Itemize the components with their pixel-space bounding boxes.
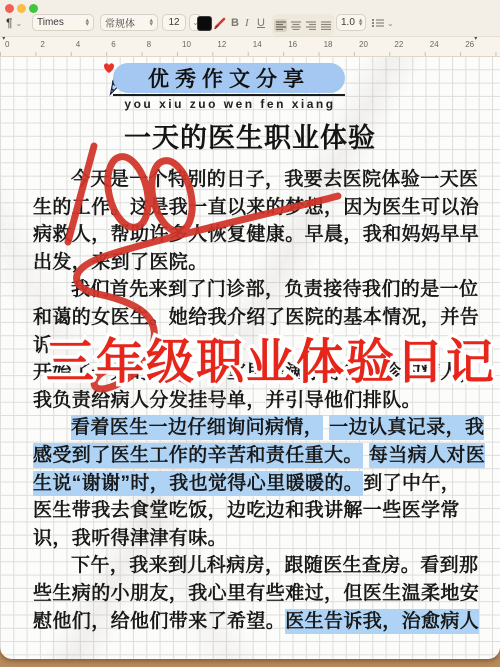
font-style-select[interactable]: 常规体 ▴▾ [100,14,158,31]
ruler-tick-label: 20 [359,40,368,49]
italic-button[interactable]: I [245,14,257,32]
list-icon [372,18,384,28]
list-style-dropdown[interactable]: ⌄ [372,14,394,32]
text-segment: 些生病的小朋友，我心里有些难过，但医生温柔地安 [33,583,479,604]
paragraph-style-dropdown[interactable]: ¶ ⌄ [6,14,22,32]
align-left-button[interactable] [274,19,287,32]
text-line: 生的工作。这是我一直以来的梦想，因为医生可以治 [33,194,471,222]
text-line: 我负责给病人分发挂号单，并引导他们排队。 [33,387,471,415]
underline-button[interactable]: U [257,14,269,32]
chevron-down-icon: ⌄ [15,19,22,28]
text-segment: 下午，我来到儿科病房，跟随医生查房。看到那 [71,555,478,576]
font-style-value: 常规体 [105,15,135,30]
highlight-pen-button[interactable] [213,14,227,32]
minimize-window-button[interactable] [17,4,26,13]
text-line: 出发，来到了医院。 [33,249,471,277]
ruler-tick-label: 2 [40,40,44,49]
text-segment: 慰他们，给他们带来了希望。 [33,611,285,632]
align-justify-icon [321,21,331,30]
align-right-button[interactable] [304,19,317,32]
ruler-tick-label: 16 [288,40,297,49]
highlighted-text-segment: 一边认真记录，我 [329,415,484,440]
text-line: 看着医生一边仔细询问病情，一边认真记录，我 [33,414,471,442]
color-swatch-icon [197,16,212,31]
highlighted-text-segment: 每当病人对医 [369,443,485,468]
text-line: 下午，我来到儿科病房，跟随医生查房。看到那 [33,552,471,580]
text-line: 我们首先来到了门诊部，负责接待我们的是一位 [33,276,471,304]
bold-label: B [231,17,239,29]
line-spacing-value: 1.0 [341,17,355,28]
align-right-icon [306,21,316,30]
highlighted-text-segment: 看着医生一边仔细询问病情， [71,415,323,440]
text-segment: 诉 [33,332,52,360]
text-segment: 医生带我去食堂吃饭，边吃边和我讲解一些医学常 [33,500,460,521]
badge-pill: 优秀作文分享 [113,63,345,93]
ruler-tick-label: 12 [217,40,226,49]
ruler-tick-label: 22 [394,40,403,49]
text-line: 些生病的小朋友，我心里有些难过，但医生温柔地安 [33,580,471,608]
line-spacing-select[interactable]: 1.0 ▴▾ [336,14,366,31]
font-family-select[interactable]: Times ▴▾ [32,14,94,31]
screenshot-root: { "colors": { "highlight_blue": "#aed3f4… [0,0,500,667]
stepper-icon: ▴▾ [85,19,89,27]
text-line: 病救人，帮助许多人恢复健康。早晨，我和妈妈早早 [33,221,471,249]
essay-title: 一天的医生职业体验 [0,116,500,155]
stepper-icon: ▴▾ [149,19,153,27]
text-line: 开始了一天的体验。诊室里坐满了等待就诊的病人， [33,359,471,387]
divider [113,94,345,96]
align-justify-button[interactable] [319,19,332,32]
text-line: 识，我听得津津有味。 [33,525,471,553]
close-window-button[interactable] [5,4,14,13]
ruler-tick-label: 18 [324,40,333,49]
highlighted-text-segment: 感受到了医生工作的辛苦和责任重大。 [33,443,363,468]
chevron-down-icon: ⌄ [387,19,394,28]
align-center-icon [291,21,301,30]
alignment-group [272,14,334,36]
document-text-area[interactable]: 今天是一个特别的日子，我要去医院体验一天医生的工作。这是我一直以来的梦想，因为医… [33,166,471,635]
toolbar: ¶ ⌄ Times ▴▾ 常规体 ▴▾ 12 ⌄ B I U [0,0,500,37]
text-line: 和蔼的女医生。她给我介绍了医院的基本情况，并告 [33,304,471,332]
ruler-tick-label: 26 [465,40,474,49]
text-segment: 开始了一天的体验。诊室里坐满了等待就诊的病人， [33,362,479,383]
text-segment: 病救人，帮助许多人恢复健康。早晨，我和妈妈早早 [33,224,479,245]
badge-text: 优秀作文分享 [148,63,310,93]
ruler-tick-label: 6 [111,40,115,49]
align-left-icon [276,21,286,30]
paragraph-mark-icon: ¶ [6,16,12,30]
italic-label: I [245,17,249,29]
text-line: 感受到了医生工作的辛苦和责任重大。每当病人对医 [33,442,471,470]
text-segment: 我负责给病人分发挂号单，并引导他们排队。 [33,390,421,411]
document-page: 优秀作文分享 you xiu zuo wen fen xiang 一天的医生职业… [0,56,500,659]
text-segment: 识，我听得津津有味。 [33,528,227,549]
text-line: 今天是一个特别的日子，我要去医院体验一天医 [33,166,471,194]
text-line: 生说“谢谢”时，我也觉得心里暖暖的。到了中午， [33,470,471,498]
stepper-icon: ▴▾ [359,19,363,27]
zoom-window-button[interactable] [29,4,38,13]
text-line: 诉， [33,332,471,360]
pinyin-text: you xiu zuo wen fen xiang [90,97,370,111]
text-segment: 我们首先来到了门诊部，负责接待我们的是一位 [71,279,478,300]
pen-icon [213,16,227,30]
text-segment: 今天是一个特别的日子，我要去医院体验一天医 [71,169,478,190]
ruler-tick-label: 8 [147,40,151,49]
font-size-value: 12 [168,17,179,28]
ruler-ticks: 02468101214161820222426 [0,36,500,56]
ruler-tick-label: 24 [430,40,439,49]
text-line: 医生带我去食堂吃饭，边吃边和我讲解一些医学常 [33,497,471,525]
text-segment: ， [452,332,471,360]
text-line: 慰他们，给他们带来了希望。医生告诉我，治愈病人 [33,608,471,636]
text-segment: 和蔼的女医生。她给我介绍了医院的基本情况，并告 [33,307,479,328]
text-segment: 出发，来到了医院。 [33,252,208,273]
highlighted-text-segment: 生说“谢谢”时，我也觉得心里暖暖的。 [33,471,363,496]
font-family-value: Times [37,17,64,28]
text-color-button[interactable] [197,14,212,32]
font-size-select[interactable]: 12 [162,14,186,31]
highlighted-text-segment: 医生告诉我，治愈病人 [285,609,479,634]
ruler: 02468101214161820222426 ▾ ▾ [0,36,500,57]
underline-label: U [257,17,265,29]
text-segment: 生的工作。这是我一直以来的梦想，因为医生可以治 [33,197,479,218]
align-center-button[interactable] [289,19,302,32]
ruler-tick-label: 10 [182,40,191,49]
bold-button[interactable]: B [231,14,243,32]
ruler-tick-label: 4 [76,40,80,49]
text-segment: 到了中午， [363,473,460,494]
ruler-tick-label: 14 [253,40,262,49]
